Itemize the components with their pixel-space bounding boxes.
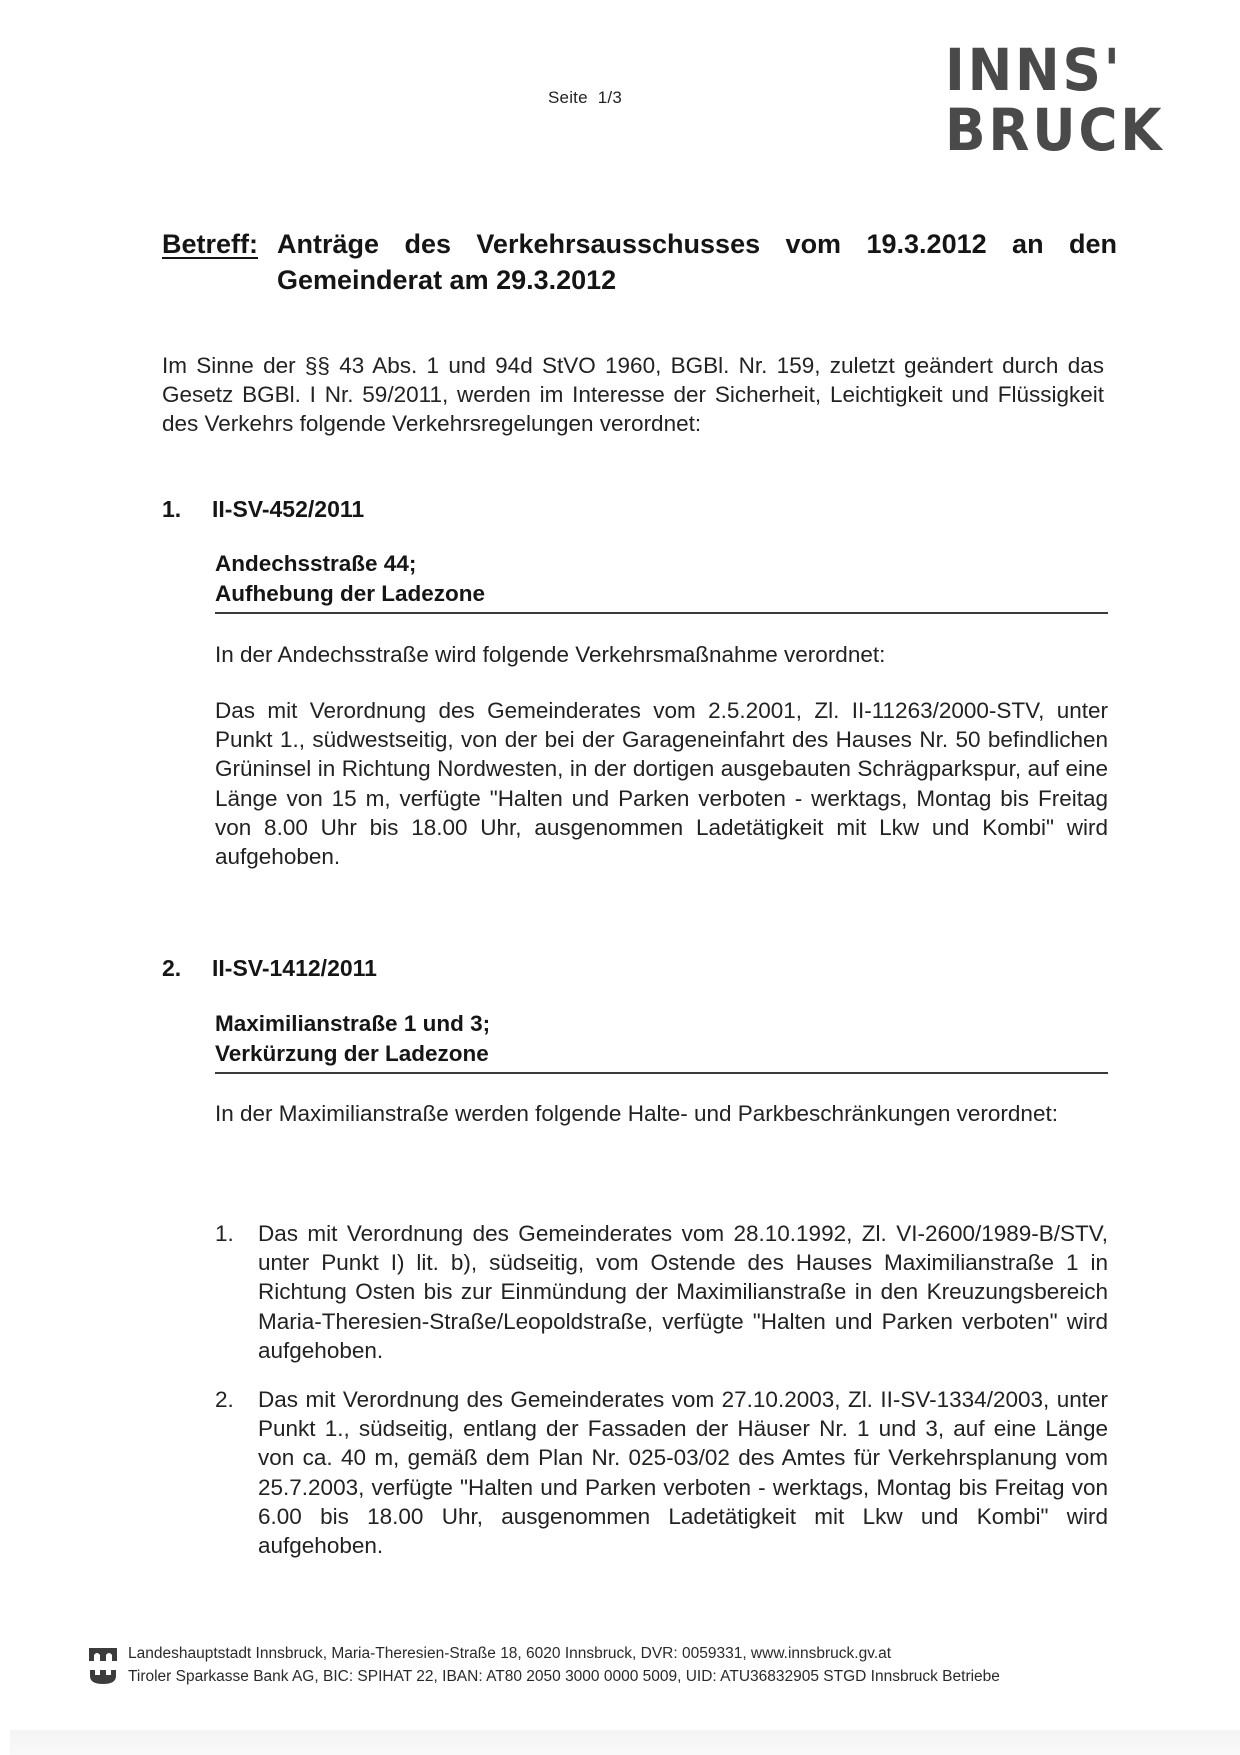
- section-2-title: Maximilianstraße 1 und 3; Verkürzung der…: [215, 1009, 490, 1069]
- subject-label: Betreff:: [162, 226, 258, 262]
- emblem-bridge-top-icon: [88, 1646, 118, 1662]
- list-item-number: 1.: [215, 1219, 258, 1365]
- list-item-number: 2.: [215, 1385, 258, 1560]
- page-value: 1/3: [598, 88, 622, 107]
- logo-line-2: BRUCK: [945, 100, 1175, 160]
- subject-text: Anträge des Verkehrsausschusses vom 19.3…: [162, 226, 1117, 298]
- intro-paragraph: Im Sinne der §§ 43 Abs. 1 und 94d StVO 1…: [162, 351, 1104, 438]
- footer-address: Landeshauptstadt Innsbruck, Maria-Theres…: [128, 1642, 891, 1665]
- footer-bank-details: Tiroler Sparkasse Bank AG, BIC: SPIHAT 2…: [128, 1665, 1000, 1688]
- logo-line-1: INNS': [945, 40, 1175, 100]
- section-2-lead: In der Maximilianstraße werden folgende …: [215, 1099, 1108, 1128]
- section-1-title-line-2: Aufhebung der Ladezone: [215, 579, 485, 609]
- page-label: Seite: [548, 88, 588, 107]
- section-1-number: 1.: [162, 496, 212, 523]
- subject-heading: Betreff: Anträge des Verkehrsausschusses…: [162, 226, 1117, 298]
- footer-line-2: Tiroler Sparkasse Bank AG, BIC: SPIHAT 2…: [88, 1665, 1198, 1688]
- list-item: 1. Das mit Verordnung des Gemeinderates …: [215, 1219, 1108, 1365]
- innsbruck-logo: INNS' BRUCK: [945, 40, 1175, 160]
- section-1-divider: [215, 612, 1108, 614]
- section-2-list: 1. Das mit Verordnung des Gemeinderates …: [215, 1219, 1108, 1560]
- section-1-reference: II-SV-452/2011: [212, 496, 364, 522]
- list-item-text: Das mit Verordnung des Gemeinderates vom…: [258, 1219, 1108, 1365]
- section-2-reference: II-SV-1412/2011: [212, 955, 377, 981]
- section-1-title: Andechsstraße 44; Aufhebung der Ladezone: [215, 549, 485, 609]
- section-2-number: 2.: [162, 955, 212, 982]
- section-1-lead: In der Andechsstraße wird folgende Verke…: [215, 640, 1108, 669]
- section-1-body: Das mit Verordnung des Gemeinderates vom…: [215, 696, 1108, 871]
- footer-line-1: Landeshauptstadt Innsbruck, Maria-Theres…: [88, 1642, 1198, 1665]
- list-item-text: Das mit Verordnung des Gemeinderates vom…: [258, 1385, 1108, 1560]
- section-2-header: 2.II-SV-1412/2011: [162, 955, 377, 982]
- scan-edge-shadow: [10, 1730, 1240, 1755]
- section-2-title-line-2: Verkürzung der Ladezone: [215, 1039, 490, 1069]
- footer: Landeshauptstadt Innsbruck, Maria-Theres…: [88, 1642, 1198, 1688]
- list-item: 2. Das mit Verordnung des Gemeinderates …: [215, 1385, 1108, 1560]
- page-number: Seite1/3: [548, 88, 622, 108]
- section-2-title-line-1: Maximilianstraße 1 und 3;: [215, 1009, 490, 1039]
- section-1-title-line-1: Andechsstraße 44;: [215, 549, 485, 579]
- section-2-divider: [215, 1072, 1108, 1074]
- emblem-bridge-bottom-icon: [88, 1669, 118, 1685]
- section-1-header: 1.II-SV-452/2011: [162, 496, 364, 523]
